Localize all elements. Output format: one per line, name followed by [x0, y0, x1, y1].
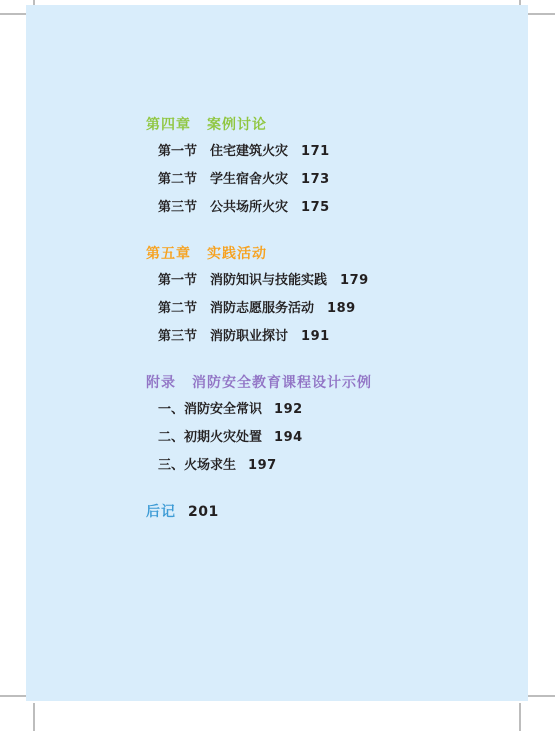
toc-entry: 三、 火场求生 197	[158, 459, 528, 473]
toc-section-chapter-5: 第五章 实践活动 第一节 消防知识与技能实践 179 第二节 消防志愿服务活动 …	[146, 247, 528, 344]
backmatter-title: 后记	[146, 505, 176, 519]
backmatter-entry: 后记 201	[146, 505, 528, 519]
chapter-heading: 第四章 案例讨论	[146, 118, 528, 132]
toc-entry-label: 第二节	[158, 302, 197, 316]
toc-entry: 第三节 公共场所火灾 175	[158, 201, 528, 215]
crop-mark-bottom-left-horizontal	[0, 695, 26, 697]
chapter-title: 案例讨论	[207, 118, 267, 132]
toc-entry: 第二节 消防志愿服务活动 189	[158, 302, 528, 316]
crop-mark-top-left-horizontal	[0, 13, 26, 15]
crop-mark-top-right-horizontal	[528, 13, 555, 15]
toc-entry: 一、 消防安全常识 192	[158, 403, 528, 417]
toc-entry-title: 消防职业探讨	[210, 330, 288, 344]
toc-section-appendix: 附录 消防安全教育课程设计示例 一、 消防安全常识 192 二、 初期火灾处置 …	[146, 376, 528, 473]
appendix-heading: 附录 消防安全教育课程设计示例	[146, 376, 528, 390]
toc-entry-label: 第二节	[158, 173, 197, 187]
chapter-heading: 第五章 实践活动	[146, 247, 528, 261]
toc-entry-title: 火场求生	[184, 459, 236, 473]
crop-mark-bottom-right-vertical	[519, 703, 521, 731]
toc-entry-page-number: 194	[274, 431, 303, 445]
toc-entry: 第一节 消防知识与技能实践 179	[158, 274, 528, 288]
toc-entry-label: 第一节	[158, 274, 197, 288]
chapter-number: 第四章	[146, 118, 191, 132]
chapter-title: 实践活动	[207, 247, 267, 261]
toc-section-chapter-4: 第四章 案例讨论 第一节 住宅建筑火灾 171 第二节 学生宿舍火灾 173 第…	[146, 118, 528, 215]
toc-entry-label: 一、	[158, 403, 184, 417]
toc-entry-page-number: 175	[301, 201, 330, 215]
backmatter-page-number: 201	[188, 505, 219, 519]
toc-entry-page-number: 173	[301, 173, 330, 187]
toc-entry-label: 第三节	[158, 330, 197, 344]
toc-entry-page-number: 192	[274, 403, 303, 417]
toc-entry-title: 消防志愿服务活动	[210, 302, 314, 316]
toc-entry-title: 消防知识与技能实践	[210, 274, 327, 288]
toc-entry-label: 三、	[158, 459, 184, 473]
toc-entry-title: 学生宿舍火灾	[210, 173, 288, 187]
toc-entry: 第二节 学生宿舍火灾 173	[158, 173, 528, 187]
appendix-label: 附录	[146, 376, 176, 390]
toc-entry-label: 二、	[158, 431, 184, 445]
toc-entry-title: 消防安全常识	[184, 403, 262, 417]
toc-entry-title: 住宅建筑火灾	[210, 145, 288, 159]
toc-entry-page-number: 191	[301, 330, 330, 344]
table-of-contents: 第四章 案例讨论 第一节 住宅建筑火灾 171 第二节 学生宿舍火灾 173 第…	[26, 5, 528, 519]
crop-mark-bottom-right-horizontal	[528, 695, 555, 697]
toc-entry-page-number: 189	[327, 302, 356, 316]
toc-page-card: 第四章 案例讨论 第一节 住宅建筑火灾 171 第二节 学生宿舍火灾 173 第…	[26, 5, 528, 701]
toc-entry: 二、 初期火灾处置 194	[158, 431, 528, 445]
toc-entry-label: 第一节	[158, 145, 197, 159]
toc-entry-page-number: 197	[248, 459, 277, 473]
chapter-number: 第五章	[146, 247, 191, 261]
toc-entry: 第三节 消防职业探讨 191	[158, 330, 528, 344]
toc-entry-title: 公共场所火灾	[210, 201, 288, 215]
toc-entry: 第一节 住宅建筑火灾 171	[158, 145, 528, 159]
page: 第四章 案例讨论 第一节 住宅建筑火灾 171 第二节 学生宿舍火灾 173 第…	[0, 0, 555, 731]
appendix-title: 消防安全教育课程设计示例	[192, 376, 372, 390]
crop-mark-bottom-left-vertical	[33, 703, 35, 731]
toc-entry-title: 初期火灾处置	[184, 431, 262, 445]
toc-entry-page-number: 179	[340, 274, 369, 288]
toc-entry-label: 第三节	[158, 201, 197, 215]
toc-entry-page-number: 171	[301, 145, 330, 159]
